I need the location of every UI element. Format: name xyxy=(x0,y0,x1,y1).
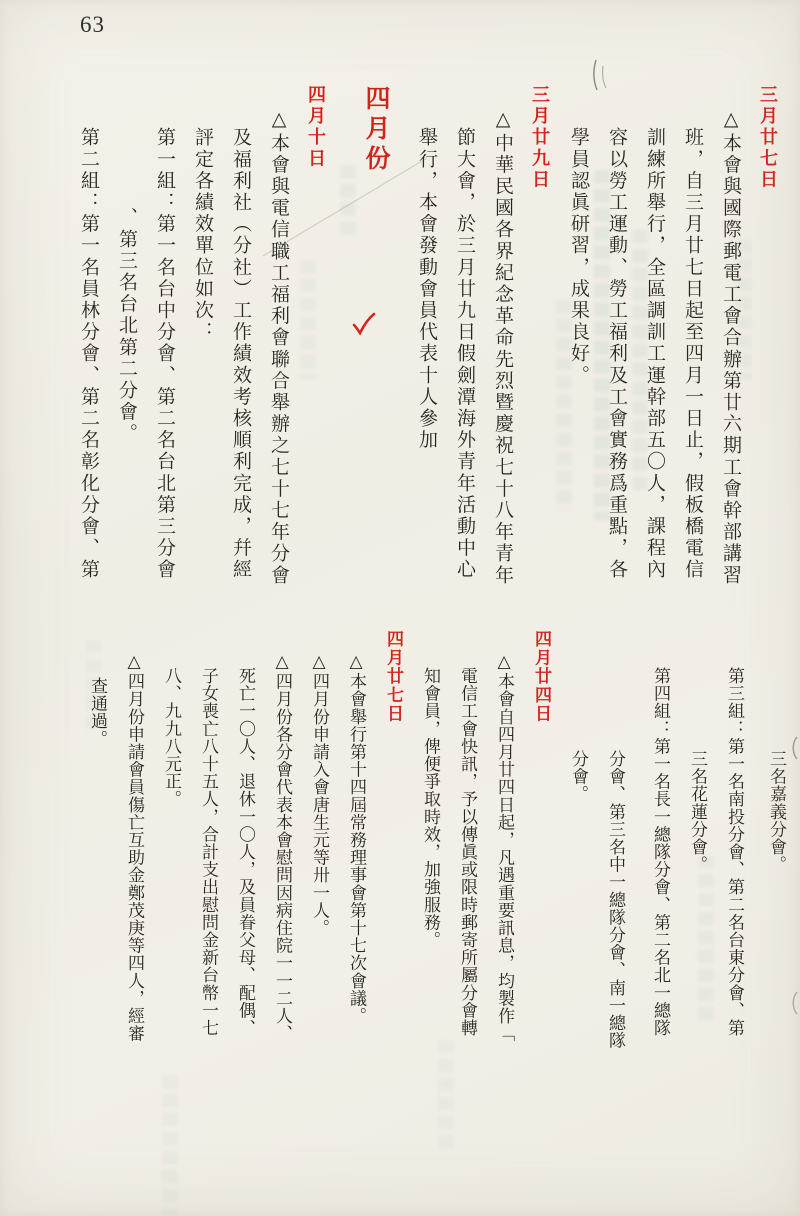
continuation-line: 評定各績效單位如次： xyxy=(183,127,221,586)
continuation-line: 節大會，於三月廿九日假劍潭海外青年活動中心 xyxy=(445,127,483,586)
continuation-line: 班，自三月廿七日起至四月一日止，假板橋電信 xyxy=(673,127,711,586)
bleedthrough-ghost xyxy=(438,1040,454,1150)
continuation-line: 舉行，本會發動會員代表十人參加 xyxy=(407,127,445,586)
continuation-line: 知會員，俾便爭取時效，加強服務。 xyxy=(412,667,449,1049)
wrap-line: 、第三名台北第二分會。 xyxy=(107,207,145,586)
date-heading: 三月廿七日 xyxy=(749,85,787,586)
continuation-line: 訓練所舉行，全區調訓工運幹部五〇人，課程內 xyxy=(635,127,673,586)
entry-line: △本會自四月廿四日起，凡遇重要訊息，均製作「 xyxy=(486,652,523,1049)
wrap-line: 三名嘉義分會。 xyxy=(758,750,795,1049)
top-text-section: 三月廿七日 △本會與國際郵電工會合辦第廿六期工會幹部講習 班，自三月廿七日起至四… xyxy=(69,85,787,586)
continuation-line: 容以勞工運動、勞工福利及工會實務爲重點，各 xyxy=(597,127,635,586)
entry-line: △四月份申請會員傷亡互助金鄭茂庚等四人，經審 xyxy=(116,652,153,1049)
date-heading: 四月廿四日 xyxy=(523,630,560,1049)
entry-line: △四月份申請入會唐生元等卅一人。 xyxy=(301,652,338,1049)
continuation-line: 第二組：第一名員林分會、第二名彰化分會、第 xyxy=(69,127,107,586)
entry-line: △本會與電信職工福利會聯合舉辦之七十七年分會 xyxy=(259,108,297,586)
continuation-line: 八、九九八元正。 xyxy=(153,667,190,1049)
date-heading: 三月廿九日 xyxy=(521,85,559,586)
bleedthrough-ghost xyxy=(162,1075,178,1215)
continuation-line: 及福利社（分社）工作績效考核順利完成，幷經 xyxy=(221,127,259,586)
bottom-text-section: 三名嘉義分會。 第三組：第一名南投分會、第二名台東分會、第 三名花蓮分會。 第四… xyxy=(79,630,795,1049)
entry-line: △本會與國際郵電工會合辦第廿六期工會幹部講習 xyxy=(711,108,749,586)
continuation-line: 電信工會快訊，予以傳眞或限時郵寄所屬分會轉 xyxy=(449,667,486,1049)
scanned-document-page: 63 三月廿七日 △本會與國際郵電工會合辦第廿六期工會幹部講習 班，自三月廿七日… xyxy=(0,0,800,1216)
entry-line: △四月份各分會代表本會慰問因病住院一一二人、 xyxy=(264,652,301,1049)
page-number: 63 xyxy=(80,12,105,38)
entry-line: △中華民國各界紀念革命先烈暨慶祝七十八年青年 xyxy=(483,108,521,586)
entry-line: △本會舉行第十四屆常務理事會第十七次會議。 xyxy=(338,652,375,1049)
continuation-line: 第三組：第一名南投分會、第二名台東分會、第 xyxy=(716,667,753,1049)
continuation-line: 學員認眞研習，成果良好。 xyxy=(559,127,597,586)
month-section-title: 四月份 xyxy=(352,85,398,586)
wrap-line: 分會。 xyxy=(560,750,597,1049)
wrap-line: 三名花蓮分會。 xyxy=(679,750,716,1049)
wrap-line: 分會、第三名中一總隊分會、南一總隊 xyxy=(597,750,634,1049)
continuation-line: 第四組：第一名長一總隊分會、第二名北一總隊 xyxy=(642,667,679,1049)
continuation-line: 查通過。 xyxy=(79,677,116,1049)
date-heading: 四月廿七日 xyxy=(375,630,412,1049)
continuation-line: 死亡一〇人、退休一〇人，及員眷父母、配偶、 xyxy=(227,667,264,1049)
date-heading: 四月十日 xyxy=(297,85,335,586)
continuation-line: 第一組：第一名台中分會、第二名台北第三分會 xyxy=(145,127,183,586)
continuation-line: 子女喪亡八十五人，合計支出慰問金新台幣一七 xyxy=(190,667,227,1049)
